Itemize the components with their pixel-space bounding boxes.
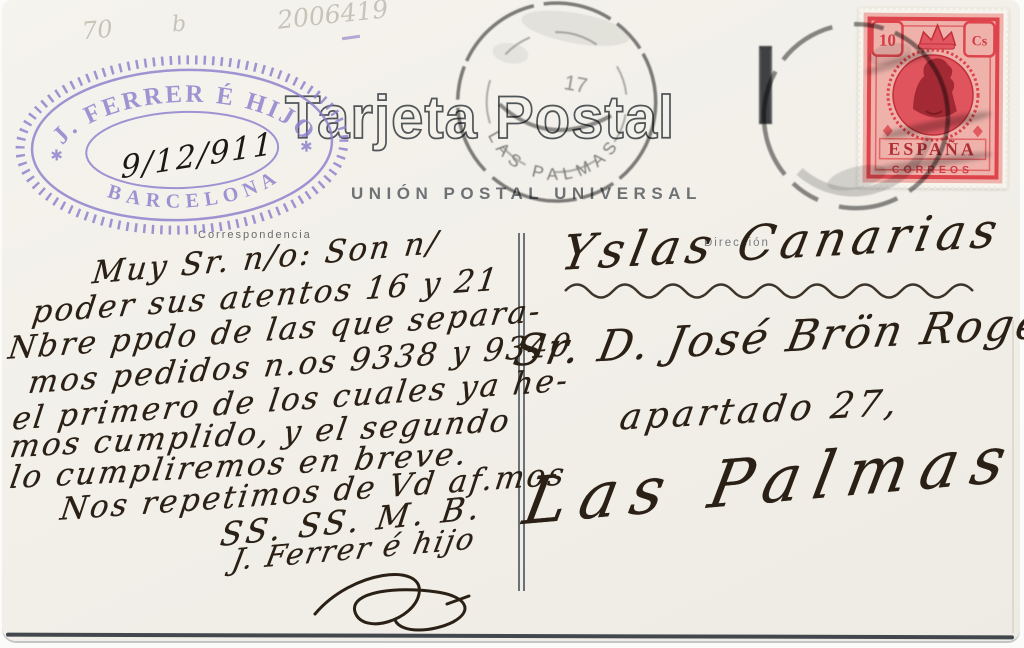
pencil-note: 70 [81, 15, 114, 46]
address-recipient: Sr. D. José Brön Rogér [509, 297, 1024, 377]
stamp-star-right: ✱ [300, 138, 313, 155]
postcard-back: 70 b 2006419 Tarjeta Postal UNIÓN POSTAL… [2, 0, 1020, 641]
cancellation-bar [759, 46, 772, 124]
pencil-note: b [171, 12, 187, 38]
ink-dash-mark [342, 35, 360, 40]
address-city: Las Palmas [518, 422, 1024, 541]
card-bottom-edge [6, 633, 1014, 640]
postmark-las-palmas: LAS PALMAS 17 [424, 0, 688, 238]
signature-flourish [297, 552, 507, 642]
address-po-box: apartado 27, [617, 382, 904, 438]
scanned-postcard-scene: 70 b 2006419 Tarjeta Postal UNIÓN POSTAL… [0, 0, 1024, 648]
postmark-smudge-arc [497, 96, 612, 139]
pencil-note: 2006419 [276, 0, 390, 35]
postmark-date: 17 [562, 71, 589, 98]
stamp-star-left: ✱ [50, 147, 63, 164]
address-underline-squiggle [560, 276, 1012, 304]
stamp-unit: Cs [972, 34, 988, 49]
